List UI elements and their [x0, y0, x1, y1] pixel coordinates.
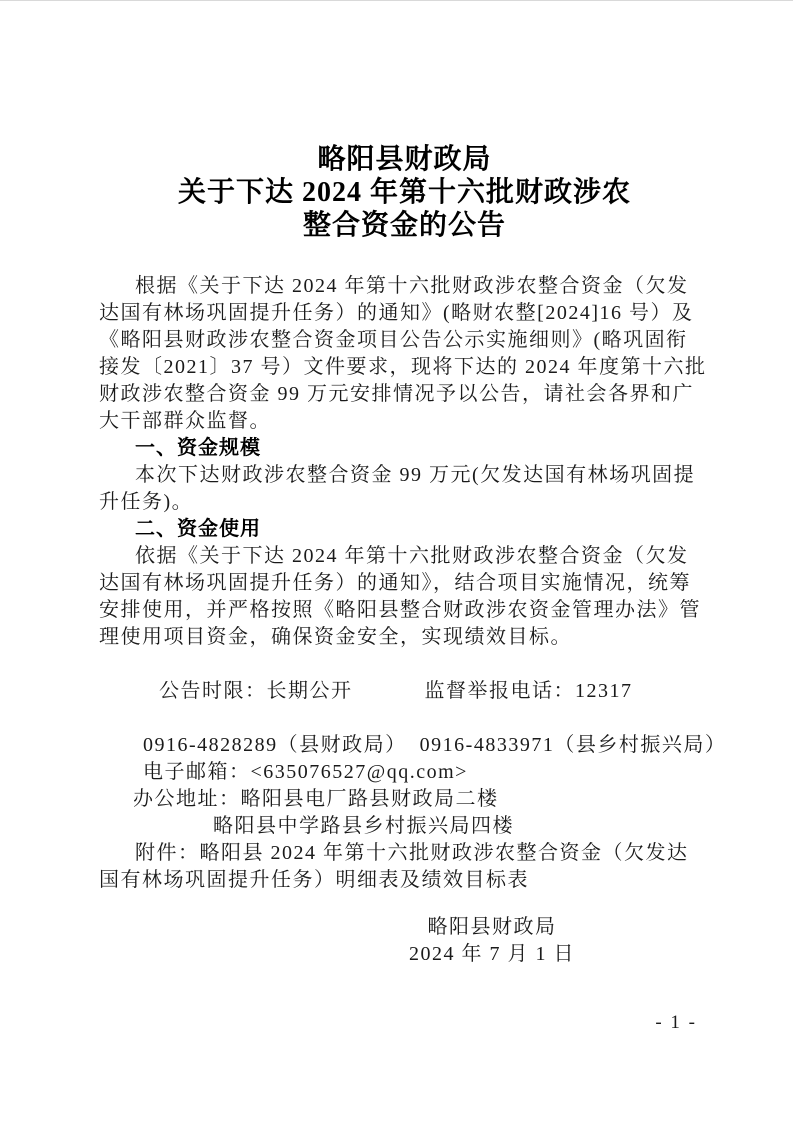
hotline-label: 监督举报电话：12317	[425, 680, 633, 702]
office-address-line-2: 略阳县中学路县乡村振兴局四楼	[99, 813, 710, 840]
section1-paragraph: 本次下达财政涉农整合资金 99 万元(欠发达国有林场巩固提升任务)。	[99, 462, 710, 516]
text-line: 达国有林场巩固提升任务）的通知》(略财农整[2024]16 号）及	[99, 300, 710, 327]
page-number: - 1 -	[655, 1009, 697, 1036]
section2-heading: 二、资金使用	[99, 516, 710, 543]
text-line: 《略阳县财政涉农整合资金项目公告公示实施细则》(略巩固衔	[99, 327, 710, 354]
signature-block: 略阳县财政局 2024 年 7 月 1 日	[392, 914, 592, 968]
text-line: 达国有林场巩固提升任务）的通知》，结合项目实施情况，统筹	[99, 570, 710, 597]
text-line: 接发〔2021〕37 号）文件要求，现将下达的 2024 年度第十六批	[99, 354, 710, 381]
text-line: 理使用项目资金，确保资金安全，实现绩效目标。	[99, 624, 710, 651]
signature-org: 略阳县财政局	[392, 914, 592, 941]
text-line: 安排使用，并严格按照《略阳县整合财政涉农资金管理办法》管	[99, 597, 710, 624]
attachment-paragraph: 附件：略阳县 2024 年第十六批财政涉农整合资金（欠发达国有林场巩固提升任务）…	[99, 840, 710, 894]
text-line: 整合资金的公告	[99, 209, 710, 242]
text-line: 附件：略阳县 2024 年第十六批财政涉农整合资金（欠发达	[99, 840, 710, 867]
section2-paragraph: 依据《关于下达 2024 年第十六批财政涉农整合资金（欠发达国有林场巩固提升任务…	[99, 543, 710, 651]
text-line: 大干部群众监督。	[99, 408, 710, 435]
text-line: 升任务)。	[99, 489, 710, 516]
document-title: 略阳县财政局关于下达 2024 年第十六批财政涉农整合资金的公告	[99, 143, 710, 242]
text-line: 根据《关于下达 2024 年第十六批财政涉农整合资金（欠发	[99, 273, 710, 300]
text-line: 国有林场巩固提升任务）明细表及绩效目标表	[99, 867, 710, 894]
notice-period-label: 公告时限：长期公开	[159, 680, 353, 702]
text-line: 关于下达 2024 年第十六批财政涉农	[99, 176, 710, 209]
office-address-line-1: 办公地址：略阳县电厂路县财政局二楼	[99, 786, 710, 813]
text-line: 略阳县财政局	[99, 143, 710, 176]
email-line: 电子邮箱：<635076527@qq.com>	[99, 759, 710, 786]
intro-paragraph: 根据《关于下达 2024 年第十六批财政涉农整合资金（欠发达国有林场巩固提升任务…	[99, 273, 710, 435]
text-line: 财政涉农整合资金 99 万元安排情况予以公告，请社会各界和广	[99, 381, 710, 408]
signature-date: 2024 年 7 月 1 日	[392, 941, 592, 968]
text-line: 依据《关于下达 2024 年第十六批财政涉农整合资金（欠发	[99, 543, 710, 570]
notice-period-line: 公告时限：长期公开监督举报电话：12317	[99, 651, 710, 732]
section1-heading: 一、资金规模	[99, 435, 710, 462]
document-page: 略阳县财政局关于下达 2024 年第十六批财政涉农整合资金的公告 根据《关于下达…	[0, 0, 793, 1122]
phone-numbers-line: 0916-4828289（县财政局） 0916-4833971（县乡村振兴局）	[99, 732, 710, 759]
text-line: 本次下达财政涉农整合资金 99 万元(欠发达国有林场巩固提	[99, 462, 710, 489]
